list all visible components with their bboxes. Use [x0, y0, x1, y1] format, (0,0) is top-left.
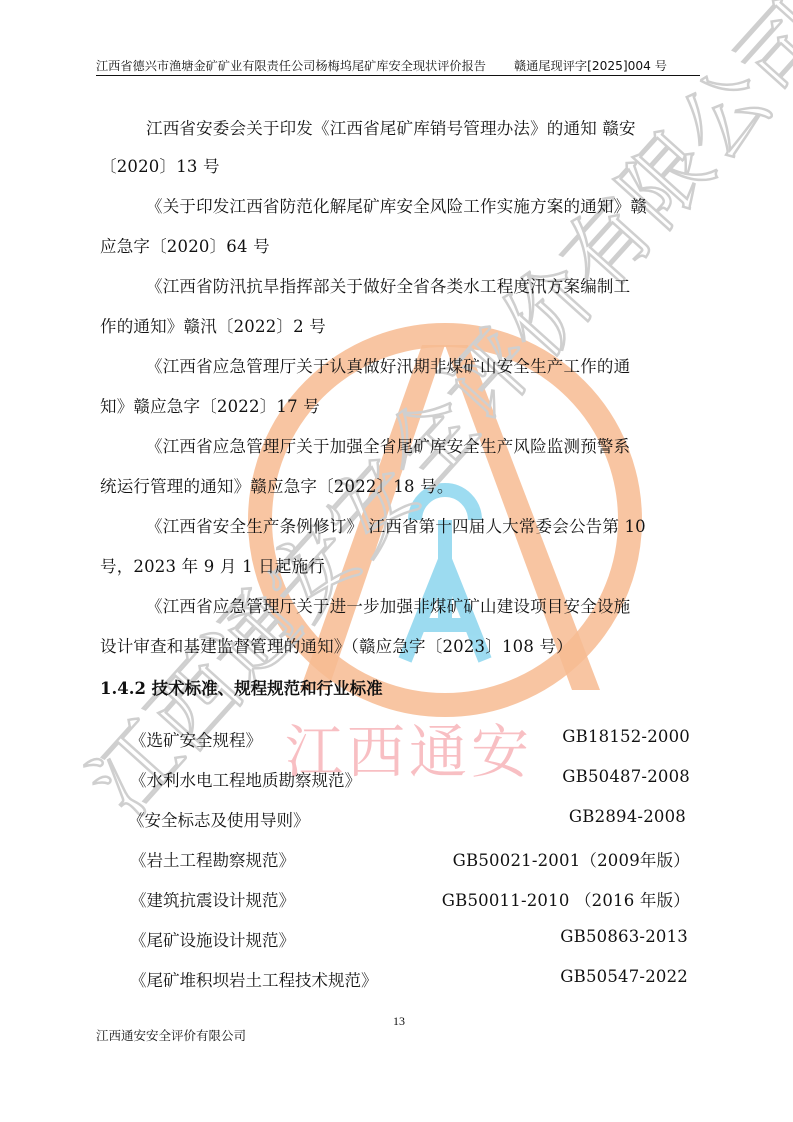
standard-row: 《尾矿堆积坝岩土工程技术规范》 GB50547-2022	[130, 967, 690, 989]
paragraph-line: 《江西省应急管理厅关于进一步加强非煤矿矿山建设项目安全设施	[146, 593, 630, 617]
standard-name: 《尾矿堆积坝岩土工程技术规范》	[130, 967, 378, 991]
standard-row: 《选矿安全规程》 GB18152-2000	[130, 727, 690, 749]
standard-code: GB50547-2022	[560, 967, 688, 986]
standard-name: 《建筑抗震设计规范》	[130, 887, 295, 911]
page-number: 13	[393, 1014, 405, 1029]
paragraph-line: 应急字〔2020〕64 号	[100, 233, 270, 257]
standard-row: 《建筑抗震设计规范》 GB50011-2010 （2016 年版）	[130, 887, 690, 909]
standard-code: GB50011-2010 （2016 年版）	[442, 887, 690, 911]
paragraph-line: 《江西省防汛抗旱指挥部关于做好全省各类水工程度汛方案编制工	[146, 273, 630, 297]
standard-name: 《水利水电工程地质勘察规范》	[130, 767, 361, 791]
paragraph-line: 江西省安委会关于印发《江西省尾矿库销号管理办法》的通知 赣安	[146, 115, 636, 139]
document-number: 赣通尾现评字[2025]004 号	[514, 57, 667, 74]
paragraph-line: 作的通知》赣汛〔2022〕2 号	[100, 313, 326, 337]
paragraph-line: 〔2020〕13 号	[100, 153, 220, 177]
standard-row: 《水利水电工程地质勘察规范》 GB50487-2008	[130, 767, 690, 789]
standard-row: 《尾矿设施设计规范》 GB50863-2013	[130, 927, 690, 949]
paragraph-line: 《关于印发江西省防范化解尾矿库安全风险工作实施方案的通知》赣	[146, 193, 647, 217]
paragraph-line: 《江西省应急管理厅关于认真做好汛期非煤矿山安全生产工作的通	[146, 353, 630, 377]
standard-name: 《选矿安全规程》	[130, 727, 262, 751]
section-heading: 1.4.2 技术标准、规程规范和行业标准	[100, 675, 383, 699]
standard-name: 《尾矿设施设计规范》	[130, 927, 295, 951]
paragraph-line: 知》赣应急字〔2022〕17 号	[100, 393, 320, 417]
page-header: 江西省德兴市渔塘金矿矿业有限责任公司杨梅坞尾矿库安全现状评价报告 赣通尾现评字[…	[96, 55, 700, 76]
standard-code: GB50021-2001（2009年版）	[453, 847, 690, 871]
paragraph-line: 统运行管理的通知》赣应急字〔2022〕18 号。	[100, 473, 454, 497]
paragraph-line: 《江西省应急管理厅关于加强全省尾矿库安全生产风险监测预警系	[146, 433, 630, 457]
standard-code: GB50487-2008	[562, 767, 690, 786]
paragraph-line: 号，2023 年 9 月 1 日起施行	[100, 553, 325, 577]
standard-name: 《安全标志及使用导则》	[128, 807, 310, 831]
report-title: 江西省德兴市渔塘金矿矿业有限责任公司杨梅坞尾矿库安全现状评价报告	[96, 57, 486, 74]
document-page: 江西通安安全评价有限公司 江西通安 江西省德兴市渔塘金矿矿业有限责任公司杨梅坞尾…	[0, 0, 793, 1122]
standard-code: GB2894-2008	[569, 807, 686, 826]
standard-row: 《安全标志及使用导则》 GB2894-2008	[128, 807, 688, 829]
standard-row: 《岩土工程勘察规范》 GB50021-2001（2009年版）	[130, 847, 690, 869]
standard-code: GB50863-2013	[560, 927, 688, 946]
paragraph-line: 《江西省安全生产条例修订》 江西省第十四届人大常委会公告第 10	[146, 513, 646, 537]
paragraph-line: 设计审查和基建监督管理的通知》（赣应急字〔2023〕108 号）	[100, 633, 573, 657]
footer-company-name: 江西通安安全评价有限公司	[96, 1026, 246, 1044]
standard-code: GB18152-2000	[562, 727, 690, 746]
standard-name: 《岩土工程勘察规范》	[130, 847, 295, 871]
